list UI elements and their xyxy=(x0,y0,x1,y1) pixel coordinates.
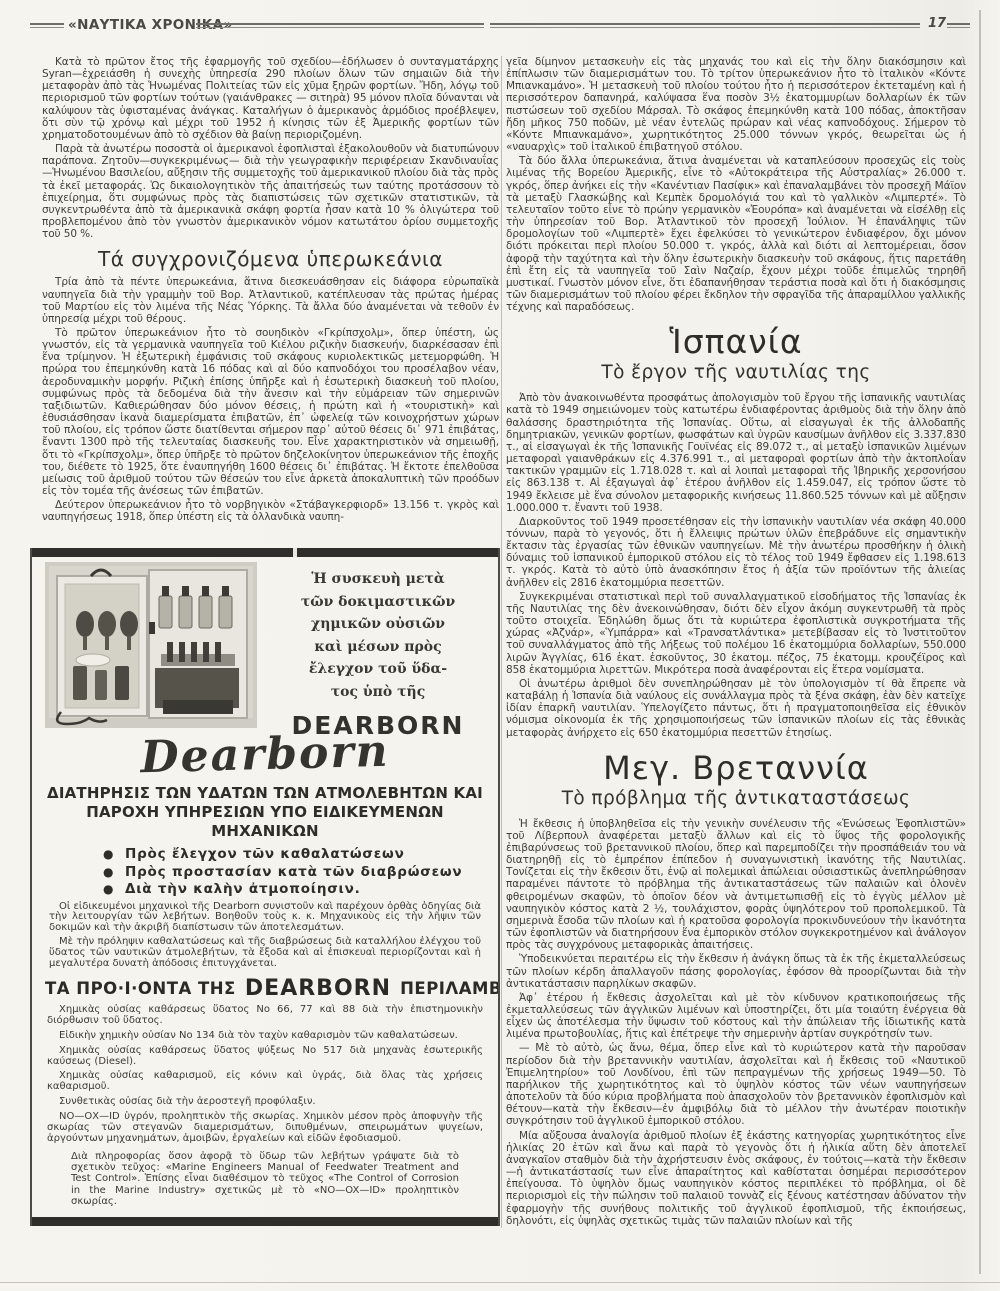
caption-line: τος ὑπὸ τῆς xyxy=(271,681,485,704)
products-heading-post: ΠΕΡΙΛΑΜΒΑΝΟΥΝ xyxy=(400,979,500,998)
caption-line: καὶ μέσων πρὸς xyxy=(271,636,485,659)
caption-line: Ἡ συσκευὴ μετὰ xyxy=(271,568,485,591)
body-paragraph: Τὰ δύο ἄλλα ὑπερωκεάνια, ἅτινα ἀναμένετα… xyxy=(506,155,966,313)
ad-headline: ΔΙΑΤΗΡΗΣΙΣ ΤΩΝ ΥΔΑΤΩΝ ΤΩΝ ΑΤΜΟΛΕΒΗΤΩΝ ΚΑ… xyxy=(45,784,485,841)
header-rule xyxy=(30,23,64,28)
body-paragraph: Δεύτερον ὑπερωκεάνιον ἦτο τὸ νορβηγικὸν … xyxy=(42,499,499,523)
body-paragraph: Παρὰ τὰ ἀνωτέρω ποσοστὰ οἱ ἀμερικανοὶ ἐφ… xyxy=(42,143,499,240)
products-heading-pre: ΤΑ ΠΡΟ·Ι·ΟΝΤΑ ΤΗΣ xyxy=(45,979,236,998)
ad-headline-line: ΔΙΑΤΗΡΗΣΙΣ ΤΩΝ ΥΔΑΤΩΝ ΤΩΝ ΑΤΜΟΛΕΒΗΤΩΝ ΚΑ… xyxy=(45,784,485,803)
product-item: Χημικὰς οὐσίας καθάρσεως ὕδατος ψύξεως Ν… xyxy=(47,1046,483,1068)
header-rule xyxy=(196,23,484,28)
bullet-label: Πρὸς προστασίαν κατὰ τῶν διαβρώσεων xyxy=(125,864,462,880)
bullet-label: Διὰ τὴν καλὴν ἀτμοποίησιν. xyxy=(125,881,361,897)
page-number: 17 xyxy=(928,16,946,31)
caption-line: χημικῶν οὐσιῶν xyxy=(271,613,485,636)
bullet-item: ●Διὰ τὴν καλὴν ἀτμοποίησιν. xyxy=(103,881,485,899)
ad-bottom-bar xyxy=(30,1217,500,1226)
column-divider xyxy=(501,56,502,1228)
body-paragraph: Ἀφ᾽ ἑτέρου ἡ ἔκθεσις ἀσχολεῖται καὶ μὲ τ… xyxy=(506,992,966,1041)
body-paragraph: Ὑποδεικνύεται περαιτέρω εἰς τὴν ἔκθεσιν … xyxy=(506,953,966,989)
info-paragraph: Διὰ πληροφορίας ὅσον ἀφορᾷ τὸ ὕδωρ τῶν λ… xyxy=(71,1151,459,1207)
test-kit-photo xyxy=(45,562,257,728)
bullet-label: Πρὸς ἔλεγχον τῶν καθαλατώσεων xyxy=(125,846,405,862)
bullet-dot-icon: ● xyxy=(103,881,125,899)
body-paragraph: Συγκεκριμέναι στατιστικαὶ περὶ τοῦ συναλ… xyxy=(506,591,966,676)
ad-intro-paragraph: Μὲ τὴν πρόληψιν καθαλατώσεως καὶ τῆς δια… xyxy=(49,937,481,970)
magazine-page: «ΝΑΥΤΙΚΑ ΧΡΟΝΙΚΑ» 17 Κατὰ τὸ πρῶτον ἔτος… xyxy=(0,0,1000,1291)
caption-line: τῶν δοκιμαστικῶν xyxy=(271,591,485,614)
bullet-dot-icon: ● xyxy=(103,846,125,864)
page-edge-right xyxy=(979,10,981,1274)
body-paragraph: Κατὰ τὸ πρῶτον ἔτος τῆς ἐφαρμογῆς τοῦ σχ… xyxy=(42,56,499,141)
caption-line: ἔλεγχον τοῦ ὕδα- xyxy=(271,658,485,681)
body-paragraph: — Μὲ τὸ αὐτὸ, ὡς ἄνω, θέμα, ὅπερ εἶνε κα… xyxy=(506,1042,966,1127)
britain-section-heading: Μεγ. Βρεταννία xyxy=(506,749,966,787)
photo-caption: Ἡ συσκευὴ μετὰ τῶν δοκιμαστικῶν χημικῶν … xyxy=(257,562,485,730)
bullet-list: ●Πρὸς ἔλεγχον τῶν καθαλατώσεων ●Πρὸς προ… xyxy=(103,846,485,899)
ad-intro-paragraph: Οἱ εἰδικευμένοι μηχανικοὶ τῆς Dearborn σ… xyxy=(49,902,481,935)
product-item: Χημικὰς οὐσίας καθαρισμοῦ, εἰς κόνιν καὶ… xyxy=(47,1071,483,1093)
product-item: ΝΟ—ΟΧ—ΙD ὑγρόν, προληπτικὸν τῆς σκωρίας.… xyxy=(47,1112,483,1145)
spain-section-heading: Ἱσπανία xyxy=(506,323,966,361)
ad-photo-row: Ἡ συσκευὴ μετὰ τῶν δοκιμαστικῶν χημικῶν … xyxy=(45,562,485,730)
right-column: γεῖα δίμηνον μετασκευὴν εἰς τὰς μηχανάς … xyxy=(506,54,966,1254)
dearborn-script-logo: Dearborn xyxy=(44,726,485,784)
bullet-item: ●Πρὸς ἔλεγχον τῶν καθαλατώσεων xyxy=(103,846,485,864)
dearborn-ad: Ἡ συσκευὴ μετὰ τῶν δοκιμαστικῶν χημικῶν … xyxy=(30,548,500,1226)
product-item: Εἰδικὴν χημικὴν οὐσίαν Νο 134 διὰ τὸν τα… xyxy=(47,1031,483,1042)
spain-section-subheading: Τὸ ἔργον τῆς ναυτιλίας της xyxy=(506,361,966,385)
body-paragraph: Οἱ ἀνωτέρω ἀριθμοὶ δὲν συνεπληρώθησαν μὲ… xyxy=(506,678,966,739)
section-heading-liners: Τά συγχρονιζόμενα ὑπερωκεάνια xyxy=(42,247,499,271)
product-item: Χημικὰς οὐσίας καθάρσεως ὕδατος Νο 66, 7… xyxy=(47,1005,483,1027)
left-column: Κατὰ τὸ πρῶτον ἔτος τῆς ἐφαρμογῆς τοῦ σχ… xyxy=(42,54,499,546)
products-heading: ΤΑ ΠΡΟ·Ι·ΟΝΤΑ ΤΗΣ DEARBORN ΠΕΡΙΛΑΜΒΑΝΟΥΝ xyxy=(45,976,485,1001)
page-edge-bottom xyxy=(0,1282,1000,1283)
body-paragraph: γεῖα δίμηνον μετασκευὴν εἰς τὰς μηχανάς … xyxy=(506,56,966,153)
header-rule xyxy=(947,23,970,28)
britain-section-subheading: Τὸ πρόβλημα τῆς ἀντικαταστάσεως xyxy=(506,787,966,811)
body-paragraph: Τὸ πρῶτον ὑπερωκεάνιον ἦτο τὸ σουηδικὸν … xyxy=(42,327,499,497)
ad-top-bar xyxy=(30,548,500,557)
header-rule xyxy=(490,23,920,28)
body-paragraph: Ἀπὸ τὸν ἀνακοινωθέντα προσφάτως ἀπολογισ… xyxy=(506,392,966,514)
body-paragraph: Ἡ ἔκθεσις ἡ ὑποβληθεῖσα εἰς τὴν γενικὴν … xyxy=(506,818,966,952)
body-paragraph: Διαρκοῦντος τοῦ 1949 προσετέθησαν εἰς τὴ… xyxy=(506,516,966,589)
bullet-item: ●Πρὸς προστασίαν κατὰ τῶν διαβρώσεων xyxy=(103,864,485,882)
bullet-dot-icon: ● xyxy=(103,864,125,882)
body-paragraph: Τρία ἀπὸ τὰ πέντε ὑπερωκεάνια, ἅτινα διε… xyxy=(42,276,499,325)
ad-headline-line: ΠΑΡΟΧΗ ΥΠΗΡΕΣΙΩΝ ΥΠΟ ΕΙΔΙΚΕΥΜΕΝΩΝ ΜΗΧΑΝΙ… xyxy=(45,803,485,841)
body-paragraph: Μία αὔξουσα ἀναλογία ἀριθμοῦ πλοίων ἐξ ἑ… xyxy=(506,1130,966,1227)
products-heading-brand: DEARBORN xyxy=(241,976,395,1001)
product-item: Συνθετικὰς οὐσίας διὰ τὴν ἀεροστεγῆ προφ… xyxy=(47,1097,483,1108)
